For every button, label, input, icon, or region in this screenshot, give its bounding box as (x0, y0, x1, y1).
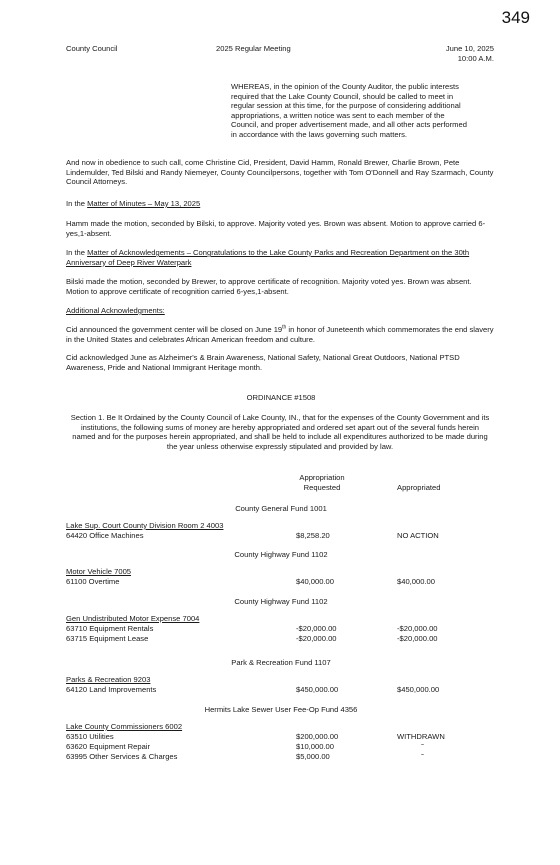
acknowledgements-prefix: In the (66, 248, 87, 257)
whereas-paragraph: WHEREAS, in the opinion of the County Au… (231, 82, 467, 140)
fund-heading: Park & Recreation Fund 1107 (66, 658, 496, 668)
fund-heading: Hermits Lake Sewer User Fee-Op Fund 4356 (66, 705, 496, 715)
additional-title: Additional Acknowledgments: (66, 306, 165, 315)
fund-heading: County Highway Fund 1102 (66, 597, 496, 607)
requested-amount: -$20,000.00 (296, 624, 337, 634)
requested-amount: $40,000.00 (296, 577, 334, 587)
minutes-heading: In the Matter of Minutes – May 13, 2025 (66, 199, 496, 209)
minutes-motion: Hamm made the motion, seconded by Bilski… (66, 219, 496, 238)
header-body: County Council (66, 44, 118, 54)
minutes-title: Matter of Minutes – May 13, 2025 (87, 199, 200, 208)
requested-amount: $5,000.00 (296, 752, 330, 762)
header-date: June 10, 2025 (446, 44, 494, 54)
header-datetime: June 10, 2025 10:00 A.M. (446, 44, 494, 63)
acknowledgements-title: Matter of Acknowledgements – Congratulat… (66, 248, 469, 267)
line-item: 63620 Equipment Repair (66, 742, 150, 752)
fund-heading: County Highway Fund 1102 (66, 550, 496, 560)
requested-amount: $450,000.00 (296, 685, 338, 695)
line-item: 63510 Utilities (66, 732, 114, 742)
minutes-prefix: In the (66, 199, 87, 208)
ordinance-section-1: Section 1. Be It Ordained by the County … (70, 413, 490, 451)
fund-heading: County General Fund 1001 (66, 504, 496, 514)
ditto-mark: “” (421, 741, 424, 751)
col-header-appropriated: Appropriated (397, 483, 440, 493)
department-heading: Lake Sup. Court County Division Room 2 4… (66, 521, 223, 531)
requested-amount: $8,258.20 (296, 531, 330, 541)
ordinance-title: ORDINANCE #1508 (66, 393, 496, 403)
header-meeting: 2025 Regular Meeting (216, 44, 291, 54)
acknowledgements-heading: In the Matter of Acknowledgements – Cong… (66, 248, 496, 267)
requested-amount: $10,000.00 (296, 742, 334, 752)
department-heading: Motor Vehicle 7005 (66, 567, 131, 577)
appropriated-amount: NO ACTION (397, 531, 439, 541)
page-number: 349 (502, 8, 530, 28)
department-heading: Gen Undistributed Motor Expense 7004 (66, 614, 199, 624)
department-heading: Parks & Recreation 9203 (66, 675, 150, 685)
col-header-requested: Appropriation Requested (282, 473, 362, 492)
line-item: 64120 Land Improvements (66, 685, 156, 695)
ditto-mark: “” (421, 751, 424, 761)
additional-heading: Additional Acknowledgments: (66, 306, 496, 316)
line-item: 64420 Office Machines (66, 531, 144, 541)
col-header-requested-line2: Requested (282, 483, 362, 493)
appropriated-amount: -$20,000.00 (397, 634, 438, 644)
roll-call-paragraph: And now in obedience to such call, come … (66, 158, 496, 187)
department-heading: Lake County Commissioners 6002 (66, 722, 182, 732)
line-item: 61100 Overtime (66, 577, 119, 587)
appropriated-amount: $40,000.00 (397, 577, 435, 587)
acknowledgements-motion: Bilski made the motion, seconded by Brew… (66, 277, 496, 296)
line-item: 63995 Other Services & Charges (66, 752, 177, 762)
awareness-paragraph: Cid acknowledged June as Alzheimer's & B… (66, 353, 496, 372)
line-item: 63715 Equipment Lease (66, 634, 148, 644)
requested-amount: -$20,000.00 (296, 634, 337, 644)
col-header-requested-line1: Appropriation (282, 473, 362, 483)
requested-amount: $200,000.00 (296, 732, 338, 742)
line-item: 63710 Equipment Rentals (66, 624, 153, 634)
juneteenth-text: Cid announced the government center will… (66, 325, 282, 334)
juneteenth-paragraph: Cid announced the government center will… (66, 325, 496, 344)
appropriated-amount: $450,000.00 (397, 685, 439, 695)
appropriated-amount: -$20,000.00 (397, 624, 438, 634)
header-time: 10:00 A.M. (446, 54, 494, 64)
